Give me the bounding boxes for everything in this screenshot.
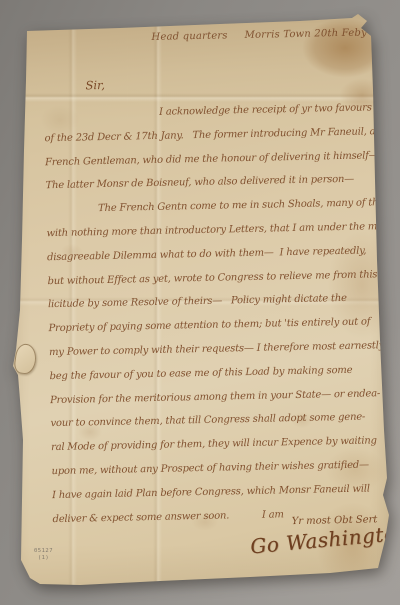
letter-body: I acknowledge the receipt of yr two favo… [0,0,394,4]
letter-line: The latter Monsr de Boisneuf, who also d… [45,174,354,191]
collection-stamp: 05127 (1) [34,548,53,562]
letter-line: I have again laid Plan before Congress, … [52,483,370,501]
letter-line: with nothing more than introductory Lett… [46,221,391,239]
letter-line: Propriety of paying some attention to th… [48,317,370,335]
letter-paper: Head quarters Morris Town 20th Feby 1777… [0,0,400,605]
letter-line: I acknowledge the receipt of yr two favo… [159,102,372,117]
letter-line: vour to convince them, that till Congres… [50,412,365,430]
photo-background: Head quarters Morris Town 20th Feby 1777… [0,0,400,605]
letter-line: upon me, without any Prospect of having … [51,460,369,478]
letter-line: my Power to comply with their requests— … [49,340,384,358]
paper-shadow-wrap: Head quarters Morris Town 20th Feby 1777… [0,0,400,605]
letter-line: deliver & expect some answer soon. I am [52,509,283,525]
letter-line: but without Effect as yet, wrote to Cong… [47,268,396,286]
letter-heading: Head quarters Morris Town 20th Feby 1777 [151,27,396,43]
letter-line: of the 23d Decr & 17th Jany. The former … [44,126,375,144]
letter-line: beg the favour of you to ease me of this… [49,365,352,382]
letter-line: disagreeable Dilemma what to do with the… [47,245,366,263]
letter-salutation: Sir, [85,78,105,92]
letter-line: The French Gentn come to me in such Shoa… [98,197,394,214]
letter-line: licitude by some Resolve of theirs— Poli… [48,293,347,310]
collection-stamp-suffix: (1) [34,555,53,562]
letter-text: Head quarters Morris Town 20th Feby 1777… [0,0,400,605]
letter-line: ral Mode of providing for them, they wil… [51,436,377,454]
letter-line: Provision for the meritorious among them… [50,388,380,406]
collection-stamp-number: 05127 [34,548,53,555]
letter-line: French Gentleman, who did me the honour … [45,150,379,168]
